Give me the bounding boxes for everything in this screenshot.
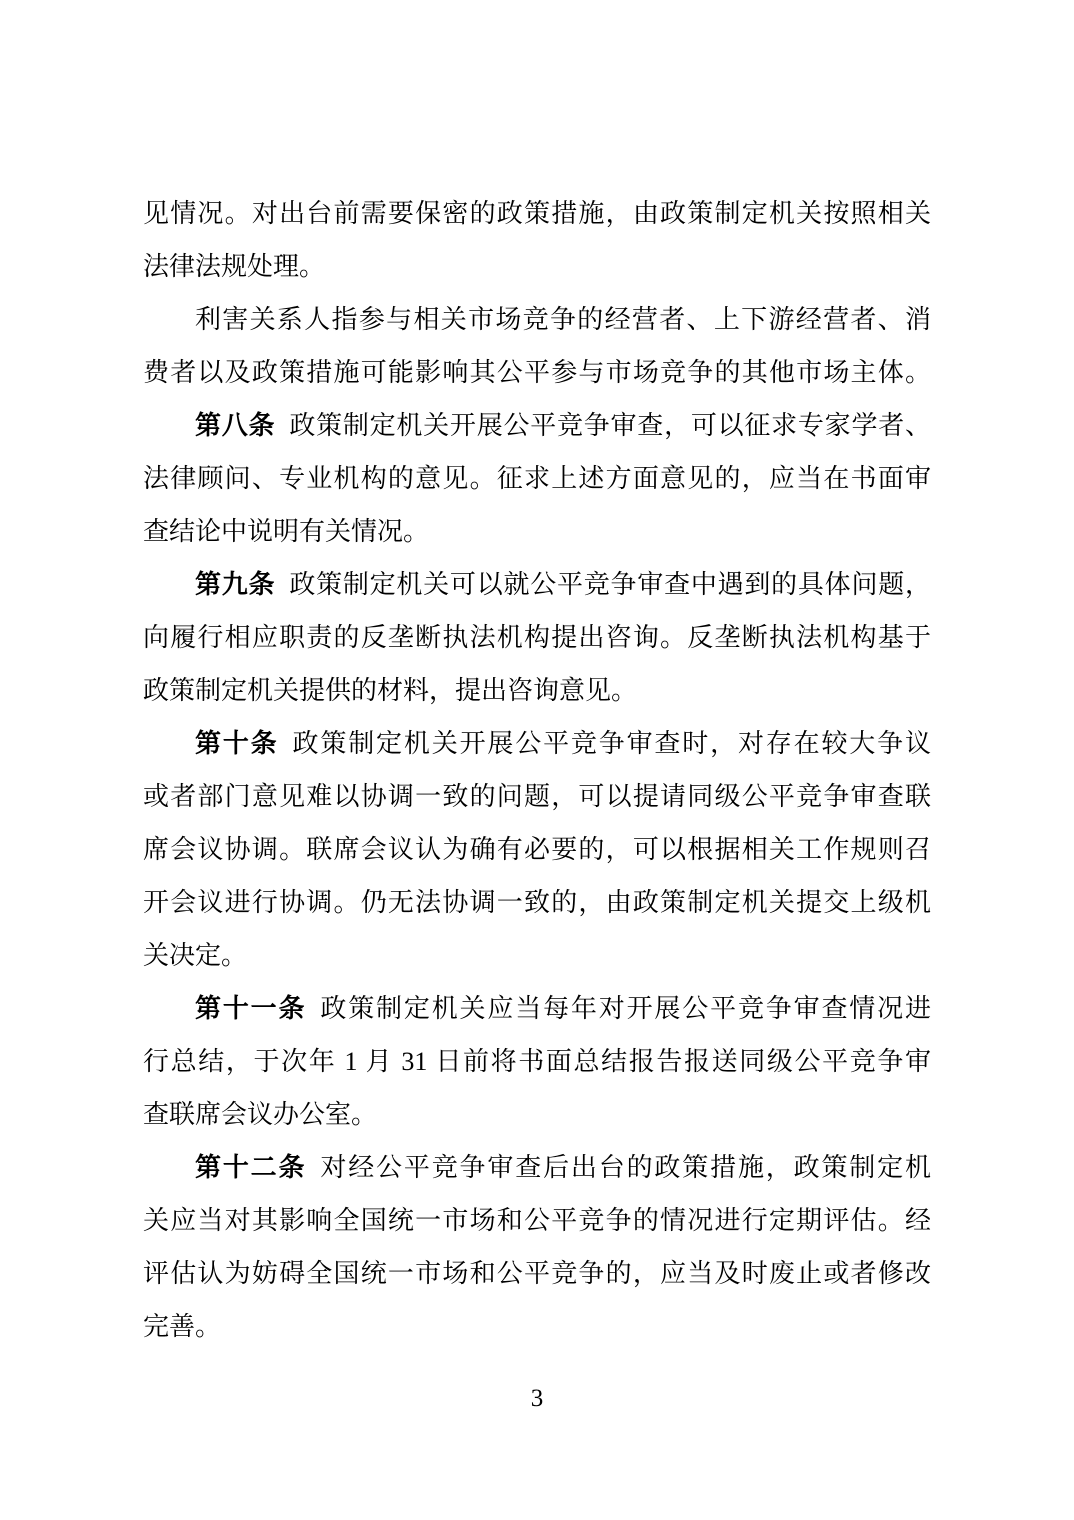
- text-line: 第八条政策制定机关开展公平竞争审查，可以征求专家学者、: [143, 399, 931, 452]
- paragraph: 第十条政策制定机关开展公平竞争审查时，对存在较大争议或者部门意见难以协调一致的问…: [143, 717, 931, 982]
- paragraph: 第十一条政策制定机关应当每年对开展公平竞争审查情况进行总结，于次年 1 月 31…: [143, 982, 931, 1141]
- text-line: 席会议协调。联席会议认为确有必要的，可以根据相关工作规则召: [143, 823, 931, 876]
- text-line: 第十二条对经公平竞争审查后出台的政策措施，政策制定机: [143, 1141, 931, 1194]
- text-line: 第十条政策制定机关开展公平竞争审查时，对存在较大争议: [143, 717, 931, 770]
- text-line: 行总结，于次年 1 月 31 日前将书面总结报告报送同级公平竞争审: [143, 1035, 931, 1088]
- article-number: 第十条: [195, 728, 279, 758]
- text-line: 费者以及政策措施可能影响其公平参与市场竞争的其他市场主体。: [143, 346, 931, 399]
- text-line: 政策制定机关提供的材料，提出咨询意见。: [143, 664, 931, 717]
- text-line: 查联席会议办公室。: [143, 1088, 931, 1141]
- article-number: 第十二条: [195, 1152, 306, 1182]
- text-line: 向履行相应职责的反垄断执法机构提出咨询。反垄断执法机构基于: [143, 611, 931, 664]
- article-number: 第十一条: [195, 993, 306, 1023]
- text-line: 关决定。: [143, 929, 931, 982]
- paragraph: 第八条政策制定机关开展公平竞争审查，可以征求专家学者、法律顾问、专业机构的意见。…: [143, 399, 931, 558]
- page-number: 3: [0, 1372, 1074, 1425]
- paragraph: 第十二条对经公平竞争审查后出台的政策措施，政策制定机关应当对其影响全国统一市场和…: [143, 1141, 931, 1353]
- text-line: 法律法规处理。: [143, 240, 931, 293]
- text-line: 完善。: [143, 1300, 931, 1353]
- text-line: 关应当对其影响全国统一市场和公平竞争的情况进行定期评估。经: [143, 1194, 931, 1247]
- text-line: 见情况。对出台前需要保密的政策措施，由政策制定机关按照相关: [143, 187, 931, 240]
- article-number: 第九条: [195, 569, 275, 599]
- text-line: 开会议进行协调。仍无法协调一致的，由政策制定机关提交上级机: [143, 876, 931, 929]
- text-line: 第十一条政策制定机关应当每年对开展公平竞争审查情况进: [143, 982, 931, 1035]
- document-body: 见情况。对出台前需要保密的政策措施，由政策制定机关按照相关法律法规处理。利害关系…: [143, 187, 931, 1353]
- paragraph: 利害关系人指参与相关市场竞争的经营者、上下游经营者、消费者以及政策措施可能影响其…: [143, 293, 931, 399]
- paragraph: 第九条政策制定机关可以就公平竞争审查中遇到的具体问题，向履行相应职责的反垄断执法…: [143, 558, 931, 717]
- text-line: 评估认为妨碍全国统一市场和公平竞争的，应当及时废止或者修改: [143, 1247, 931, 1300]
- text-line: 利害关系人指参与相关市场竞争的经营者、上下游经营者、消: [143, 293, 931, 346]
- document-page: 见情况。对出台前需要保密的政策措施，由政策制定机关按照相关法律法规处理。利害关系…: [0, 0, 1074, 1520]
- text-line: 查结论中说明有关情况。: [143, 505, 931, 558]
- article-number: 第八条: [195, 410, 275, 440]
- paragraph: 见情况。对出台前需要保密的政策措施，由政策制定机关按照相关法律法规处理。: [143, 187, 931, 293]
- text-line: 或者部门意见难以协调一致的问题，可以提请同级公平竞争审查联: [143, 770, 931, 823]
- text-line: 第九条政策制定机关可以就公平竞争审查中遇到的具体问题，: [143, 558, 931, 611]
- text-line: 法律顾问、专业机构的意见。征求上述方面意见的，应当在书面审: [143, 452, 931, 505]
